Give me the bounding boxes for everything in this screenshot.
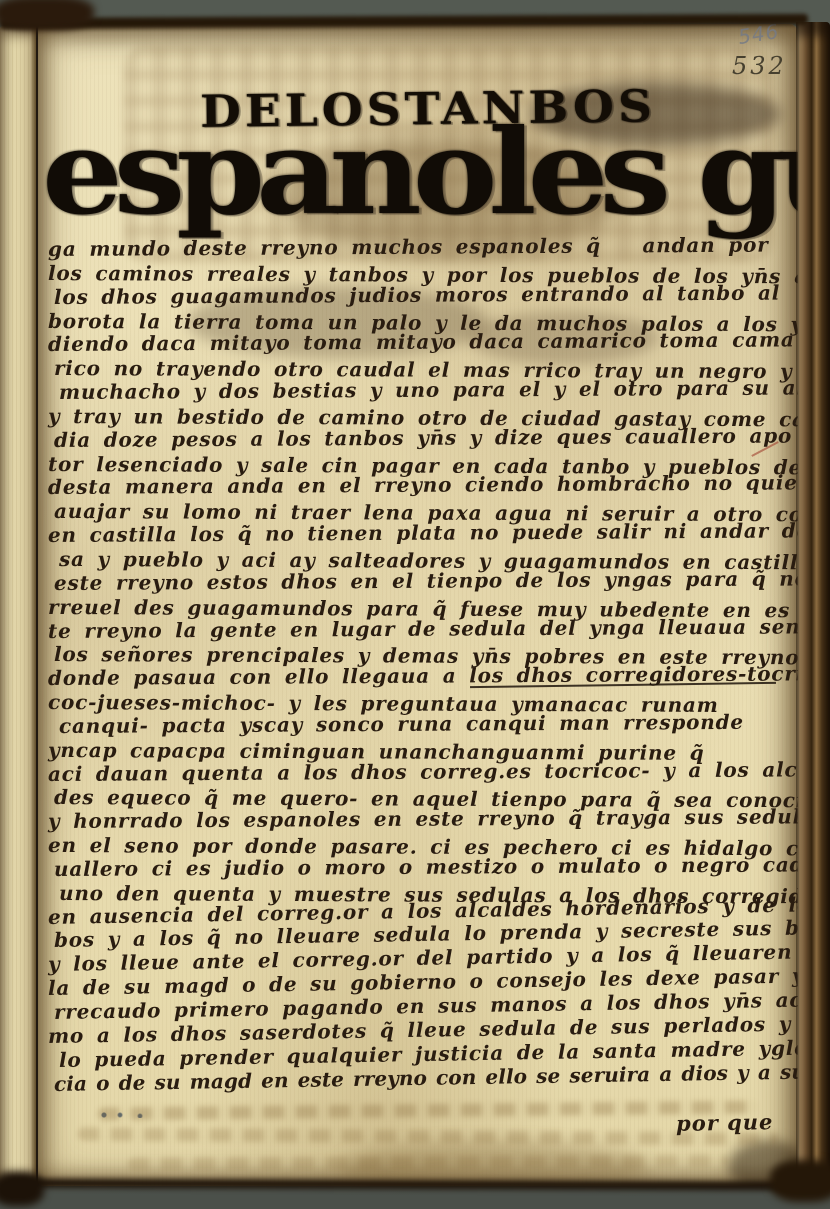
manuscript-line: canqui- pacta yscay sonco runa canqui ma… [59, 710, 794, 738]
book-fore-edge [796, 22, 830, 1190]
manuscript-line: aci dauan quenta a los dhos correg.es to… [48, 758, 794, 786]
manuscript-line: los dhos guagamundos judios moros entran… [54, 281, 794, 309]
calligraphic-display-word: espanoles gua [42, 108, 798, 237]
manuscript-page: 546 532 DELOSTANBOS espanoles gua ga mun… [38, 24, 798, 1186]
bleedthrough-line [98, 1101, 758, 1121]
manuscript-line: desta manera anda en el rreyno ciendo ho… [48, 472, 794, 500]
bleedthrough-line [78, 1128, 778, 1146]
book-photograph: 546 532 DELOSTANBOS espanoles gua ga mun… [0, 0, 830, 1209]
folio-number-pencil: 546 [736, 24, 780, 49]
manuscript-line: donde pasaua con ello llegaua a los dhos… [48, 663, 794, 691]
binding-corner-shadow [770, 1160, 830, 1202]
manuscript-line: te rreyno la gente en lugar de sedula de… [48, 615, 794, 643]
binding-corner-shadow [0, 1172, 44, 1206]
manuscript-line: y honrrado los espanoles en este rreyno … [48, 806, 794, 834]
manuscript-line: este rreyno estos dhos en el tienpo de l… [54, 567, 794, 595]
manuscript-line: muchacho y dos bestias y uno para el y e… [59, 377, 794, 405]
manuscript-line: uallero ci es judio o moro o mestizo o m… [54, 853, 794, 881]
page-bottom-edge [8, 1179, 804, 1191]
manuscript-line: dia doze pesos a los tanbos yn̄s y dize … [54, 424, 794, 452]
manuscript-body: ga mundo deste rreyno muchos espanoles q… [48, 238, 794, 1096]
manuscript-line: ga mundo deste rreyno muchos espanoles q… [48, 233, 794, 261]
manuscript-line: en castilla los q̃ no tienen plata no pu… [48, 520, 794, 548]
binding-corner-shadow [0, 0, 94, 30]
manuscript-line: diendo daca mitayo toma mitayo daca cama… [48, 329, 794, 357]
facing-page-edge [0, 26, 41, 1184]
catchword: por que [676, 1109, 774, 1136]
folio-number-ink: 532 [732, 52, 787, 80]
